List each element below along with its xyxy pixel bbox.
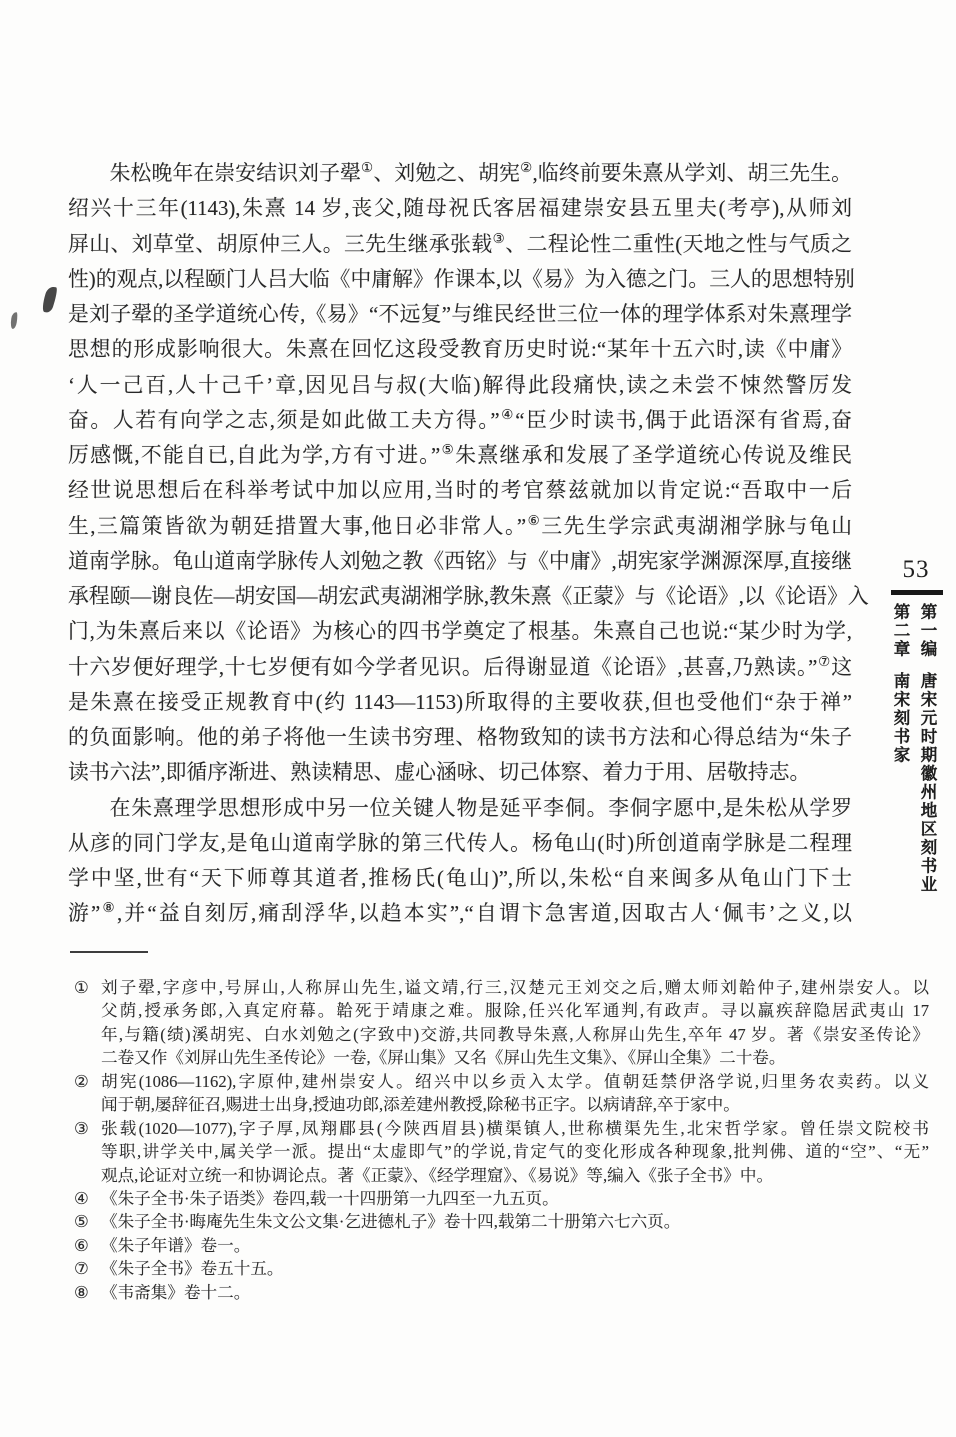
edition-running-title: 第一编唐宋元时期徽州地区刻书业 <box>915 603 939 894</box>
footnote-line: 观点,论证对立统一和协调论点。著《正蒙》、《经学理窟》、《易说》等,编入《张子全… <box>101 1164 929 1187</box>
footnote-line: 父荫,授承务郎,入真定府幕。韐死于靖康之难。服除,任兴化军通判,有政声。寻以羸疾… <box>101 999 929 1022</box>
footnote-marker: ③ <box>74 1117 101 1140</box>
body-line: 门,为朱熹后来以《论语》为核心的四书学奠定了根基。朱熹自己也说:“某少时为学, <box>68 614 852 649</box>
footnote-marker: ⑤ <box>74 1210 101 1233</box>
footnote-line: 《韦斋集》卷十二。 <box>101 1281 929 1304</box>
footnote-line: 《朱子年谱》卷一。 <box>101 1234 929 1257</box>
footnote-marker: ① <box>74 976 101 999</box>
footnote-line: 《朱子全书·朱子语类》卷四,载一十四册第一九四至一九五页。 <box>101 1187 929 1210</box>
footnote-marker: ② <box>74 1070 101 1093</box>
book-page: 朱松晚年在崇安结识刘子翚①、刘勉之、胡宪②,临终前要朱熹从学刘、胡三先生。 绍兴… <box>0 0 956 1437</box>
body-line: 生,三篇策皆欲为朝廷措置大事,他日必非常人。”⑥三先生学宗武夷湖湘学脉与龟山 <box>68 509 852 544</box>
page-number-rule <box>891 590 943 595</box>
footnote: ③ 张载(1020—1077),字子厚,凤翔郿县(今陕西眉县)横渠镇人,世称横渠… <box>74 1117 929 1187</box>
footnote-line: 年,与籍(绩)溪胡宪、白水刘勉之(字致中)交游,共同教导朱熹,人称屏山先生,卒年… <box>101 1023 929 1046</box>
ink-mark <box>40 285 58 314</box>
footnote-line: 《朱子全书·晦庵先生朱文公文集·乞进德札子》卷十四,载第二十册第六七六页。 <box>101 1210 929 1233</box>
body-line: 经世说思想后在科举考试中加以应用,当时的考官蔡兹就加以肯定说:“吾取中一后 <box>68 473 852 508</box>
body-line: 学中坚,世有“天下师尊其道者,推杨氏(龟山)”,所以,朱松“自来闽多从龟山门下士 <box>68 861 852 896</box>
body-line: 是刘子翚的圣学道统心传,《易》“不远复”与维民经世三位一体的理学体系对朱熹理学 <box>68 297 852 332</box>
footnote-line: 二卷又作《刘屏山先生圣传论》一卷,《屏山集》又名《屏山先生文集》、《屏山全集》二… <box>101 1046 929 1069</box>
footnote-line: 闻于朝,屡辞征召,赐进士出身,授迪功郎,添差建州教授,除秘书正字。以病请辞,卒于… <box>101 1093 929 1116</box>
body-line: 的负面影响。他的弟子将他一生读书穷理、格物致知的读书方法和心得总结为“朱子 <box>68 720 852 755</box>
footnotes: ① 刘子翚,字彦中,号屏山,人称屏山先生,谥文靖,行三,汉楚元王刘交之后,赠太师… <box>74 976 929 1304</box>
footnote-line: 等职,讲学关中,属关学一派。提出“太虚即气”的学说,肯定气的变化形成各种现象,批… <box>101 1140 929 1163</box>
body-line: 是朱熹在接受正规教育中(约 1143—1153)所取得的主要收获,但也受他们“杂… <box>68 685 852 720</box>
body-line: 绍兴十三年(1143),朱熹 14 岁,丧父,随母祝氏客居福建崇安县五里夫(考亭… <box>68 191 852 226</box>
body-line: 屏山、刘草堂、胡原仲三人。三先生继承张载③、二程论性二重性(天地之性与气质之 <box>68 227 852 262</box>
edition-label: 第一编 <box>918 603 937 659</box>
page-number: 53 <box>889 556 943 584</box>
body-line: 游”⑧,并“益自刻厉,痛刮浮华,以趋本实”,“自谓卞急害道,因取古人‘佩韦’之义… <box>68 896 852 931</box>
body-line: 朱松晚年在崇安结识刘子翚①、刘勉之、胡宪②,临终前要朱熹从学刘、胡三先生。 <box>68 156 852 191</box>
footnote-separator <box>70 951 148 953</box>
edition-title: 唐宋元时期徽州地区刻书业 <box>918 672 937 894</box>
chapter-label: 第二章 <box>891 603 910 659</box>
ink-mark <box>10 312 19 330</box>
body-line: 承程颐—谢良佐—胡安国—胡宏武夷湖湘学脉,教朱熹《正蒙》与《论语》,以《论语》入 <box>68 579 852 614</box>
footnote: ⑦ 《朱子全书》卷五十五。 <box>74 1257 929 1280</box>
footnote-line: 张载(1020—1077),字子厚,凤翔郿县(今陕西眉县)横渠镇人,世称横渠先生… <box>101 1117 929 1140</box>
body-line: 厉感慨,不能自已,自此为学,方有寸进。”⑤朱熹继承和发展了圣学道统心传说及维民 <box>68 438 852 473</box>
footnote: ⑧ 《韦斋集》卷十二。 <box>74 1281 929 1304</box>
footnote-marker: ④ <box>74 1187 101 1210</box>
body-line: 十六岁便好理学,十七岁便有如今学者见识。后得谢显道《论语》,甚喜,乃熟读。”⑦这 <box>68 650 852 685</box>
footnote-marker: ⑥ <box>74 1234 101 1257</box>
body-line: 性)的观点,以程颐门人吕大临《中庸解》作课本,以《易》为入德之门。三人的思想特别 <box>68 262 852 297</box>
footnote: ⑤ 《朱子全书·晦庵先生朱文公文集·乞进德札子》卷十四,载第二十册第六七六页。 <box>74 1210 929 1233</box>
chapter-running-title: 第二章南宋刻书家 <box>888 603 912 764</box>
footnote: ⑥ 《朱子年谱》卷一。 <box>74 1234 929 1257</box>
chapter-title: 南宋刻书家 <box>891 672 910 765</box>
body-line: 在朱熹理学思想形成中另一位关键人物是延平李侗。李侗字愿中,是朱松从学罗 <box>68 791 852 826</box>
footnote: ① 刘子翚,字彦中,号屏山,人称屏山先生,谥文靖,行三,汉楚元王刘交之后,赠太师… <box>74 976 929 1070</box>
footnote-line: 刘子翚,字彦中,号屏山,人称屏山先生,谥文靖,行三,汉楚元王刘交之后,赠太师刘韐… <box>101 976 929 999</box>
body-line: ‘人一己百,人十己千’章,因见吕与叔(大临)解得此段痛快,读之未尝不悚然警厉发 <box>68 368 852 403</box>
footnote: ④ 《朱子全书·朱子语类》卷四,载一十四册第一九四至一九五页。 <box>74 1187 929 1210</box>
body-line: 读书六法”,即循序渐进、熟读精思、虚心涵咏、切己体察、着力于用、居敬持志。 <box>68 755 852 790</box>
body-text: 朱松晚年在崇安结识刘子翚①、刘勉之、胡宪②,临终前要朱熹从学刘、胡三先生。 绍兴… <box>68 156 852 932</box>
footnote-marker: ⑧ <box>74 1281 101 1304</box>
footnote-marker: ⑦ <box>74 1257 101 1280</box>
body-line: 从彦的同门学友,是龟山道南学脉的第三代传人。杨龟山(时)所创道南学脉是二程理 <box>68 826 852 861</box>
footnote-line: 胡宪(1086—1162),字原仲,建州崇安人。绍兴中以乡贡入太学。值朝廷禁伊洛… <box>101 1070 929 1093</box>
body-line: 思想的形成影响很大。朱熹在回忆这段受教育历史时说:“某年十五六时,读《中庸》 <box>68 332 852 367</box>
body-line: 道南学脉。龟山道南学脉传人刘勉之教《西铭》与《中庸》,胡宪家学渊源深厚,直接继 <box>68 544 852 579</box>
footnote: ② 胡宪(1086—1162),字原仲,建州崇安人。绍兴中以乡贡入太学。值朝廷禁… <box>74 1070 929 1117</box>
body-line: 奋。人若有向学之志,须是如此做工夫方得。”④“臣少时读书,偶于此语深有省焉,奋 <box>68 403 852 438</box>
footnote-line: 《朱子全书》卷五十五。 <box>101 1257 929 1280</box>
